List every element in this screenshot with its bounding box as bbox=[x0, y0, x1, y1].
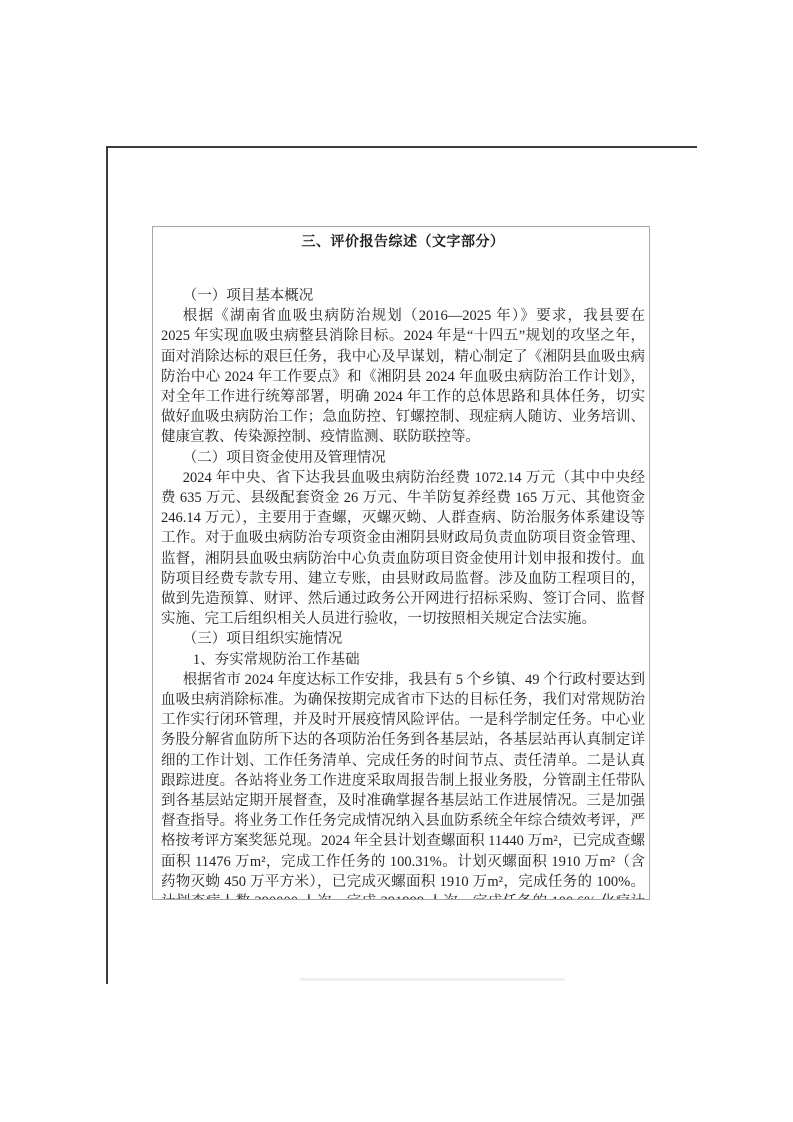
scanned-document-page: 三、评价报告综述（文字部分） （一）项目基本概况 根据《湖南省血吸虫病防治规划（… bbox=[0, 0, 793, 1122]
section-heading-funds-management: （二）项目资金使用及管理情况 bbox=[161, 448, 645, 468]
paragraph-routine-prevention: 根据省市 2024 年度达标工作安排，我县有 5 个乡镇、49 个行政村要达到血… bbox=[161, 670, 645, 900]
report-summary-box: 三、评价报告综述（文字部分） （一）项目基本概况 根据《湖南省血吸虫病防治规划（… bbox=[152, 226, 650, 900]
paragraph-funds-management: 2024 年中央、省下达我县血吸虫病防治经费 1072.14 万元（其中中央经费… bbox=[161, 468, 645, 630]
page-title: 三、评价报告综述（文字部分） bbox=[161, 233, 645, 253]
subsection-heading-routine-prevention: 1、夯实常规防治工作基础 bbox=[161, 650, 645, 670]
paragraph-basic-overview: 根据《湖南省血吸虫病防治规划（2016—2025 年）》要求，我县要在 2025… bbox=[161, 306, 645, 447]
section-heading-implementation: （三）项目组织实施情况 bbox=[161, 629, 645, 649]
section-heading-basic-overview: （一）项目基本概况 bbox=[161, 286, 645, 306]
scan-streak-artifact bbox=[300, 978, 565, 981]
